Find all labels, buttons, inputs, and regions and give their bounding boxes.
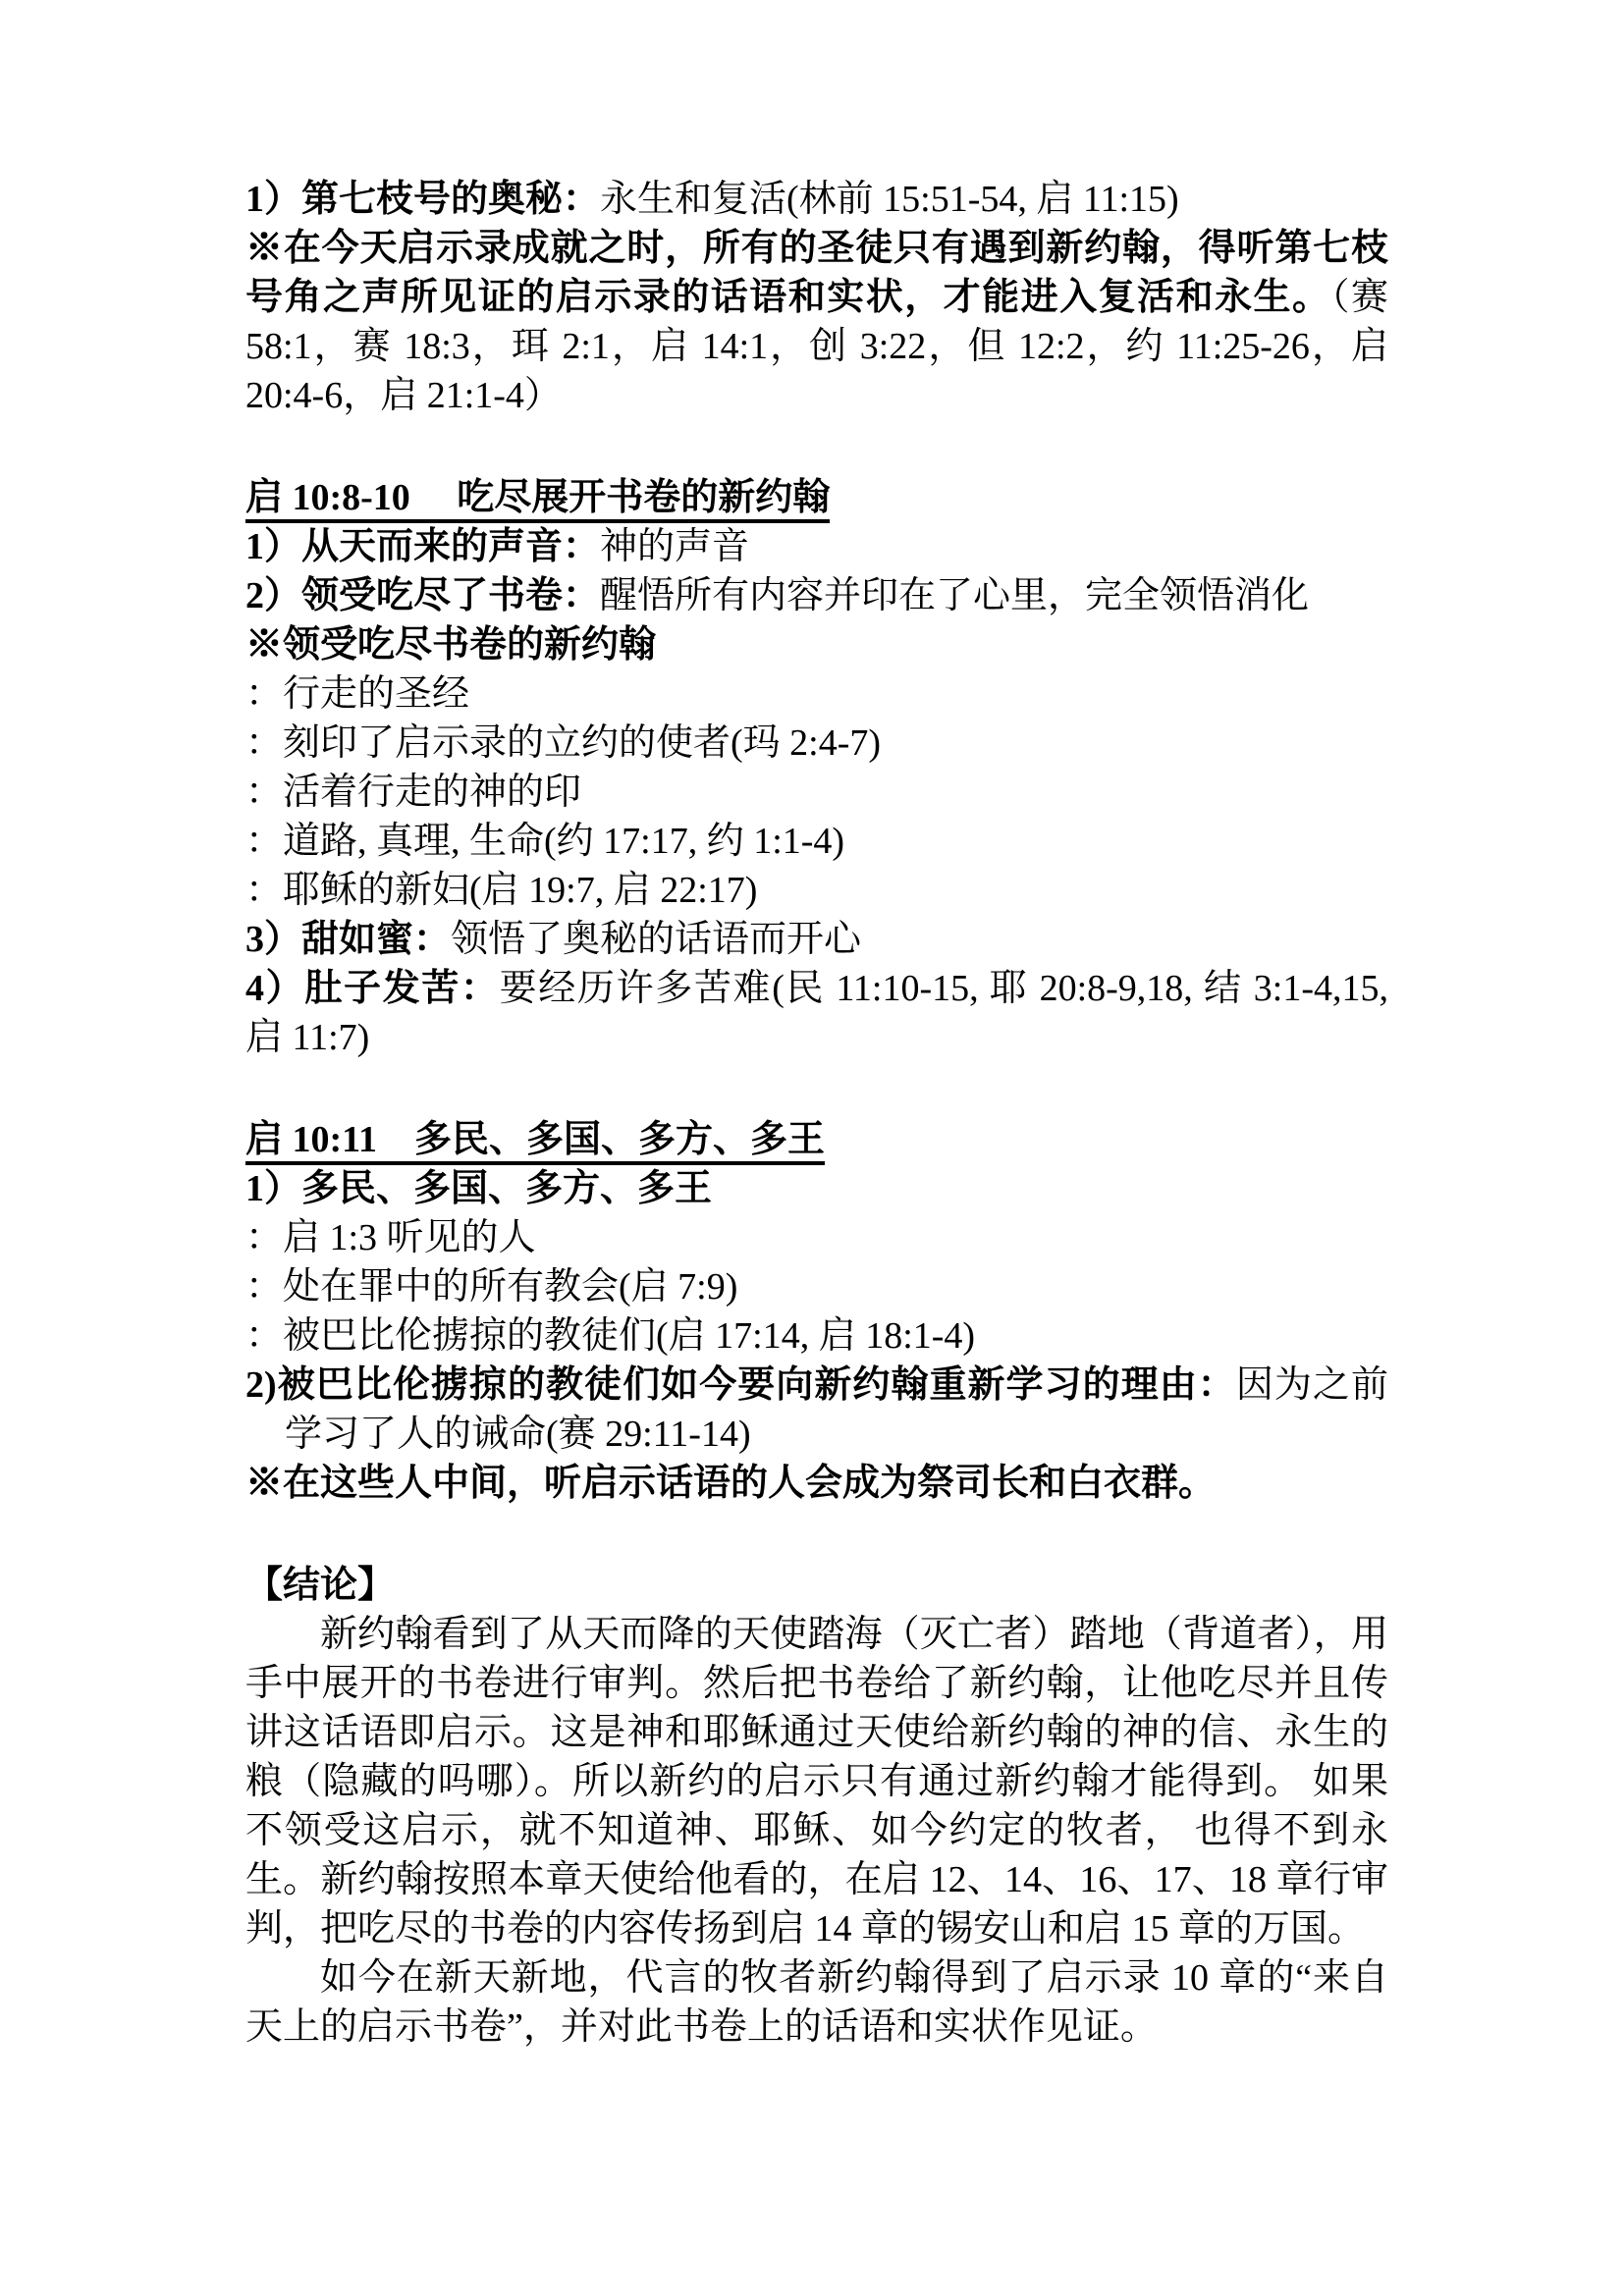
text-segment: ※在今天启示录成就之时，所有的圣徒只有遇到新约翰，得听第七枝号角之声所见证的启示… xyxy=(245,228,1388,318)
conclusion-paragraph-2: 如今在新天新地，代言的牧者新约翰得到了启示录 10 章的“来自天上的启示书卷”，… xyxy=(245,1953,1388,2052)
item-bitter-belly: 4）肚子发苦：要经历许多苦难(民 11:10-15, 耶 20:8-9,18, … xyxy=(245,964,1388,1062)
text-segment: 1）第七枝号的奥秘： xyxy=(245,179,600,220)
text-segment: 启 10:11 多民、多国、多方、多王 xyxy=(245,1119,825,1160)
text-segment: ：被巴比伦掳掠的教徒们(启 17:14, 启 18:1-4) xyxy=(245,1315,975,1357)
text-segment: 如今在新天新地，代言的牧者新约翰得到了启示录 10 章的“来自天上的启示书卷”，… xyxy=(245,1957,1388,2048)
definition-bride-of-jesus: ：耶稣的新妇(启 19:7, 启 22:17) xyxy=(245,866,1388,915)
definition-churches-in-sin: ：处在罪中的所有教会(启 7:9) xyxy=(245,1262,1388,1311)
heading-underlined-text: 启 10:11 多民、多国、多方、多王 xyxy=(245,1119,825,1165)
text-segment: ：刻印了启示录的立约的使者(玛 2:4-7) xyxy=(245,722,881,764)
text-segment: ：启 1:3 听见的人 xyxy=(245,1217,536,1258)
note-seventh-trumpet: ※在今天启示录成就之时，所有的圣徒只有遇到新约翰，得听第七枝号角之声所见证的启示… xyxy=(245,224,1388,420)
text-segment: ※在这些人中间，听启示话语的人会成为祭司长和白衣群。 xyxy=(245,1463,1216,1504)
text-segment: 2)被巴比伦掳掠的教徒们如今要向新约翰重新学习的理由： xyxy=(245,1364,1236,1406)
item-seventh-trumpet: 1）第七枝号的奥秘：永生和复活(林前 15:51-54, 启 11:15) xyxy=(245,175,1388,224)
section-heading-rev-10-8-10: 启 10:8-10 吃尽展开书卷的新约翰 xyxy=(245,473,1388,522)
text-segment: ：活着行走的神的印 xyxy=(245,772,581,813)
conclusion-paragraph-1: 新约翰看到了从天而降的天使踏海（灭亡者）踏地（背道者），用手中展开的书卷进行审判… xyxy=(245,1610,1388,1953)
text-segment: 醒悟所有内容并印在了心里，完全领悟消化 xyxy=(600,575,1309,616)
text-segment: 3）甜如蜜： xyxy=(245,919,451,960)
text-segment: ：道路, 真理, 生命(约 17:17, 约 1:1-4) xyxy=(245,821,844,862)
item-many-peoples: 1）多民、多国、多方、多王 xyxy=(245,1164,1388,1213)
document-page: 1）第七枝号的奥秘：永生和复活(林前 15:51-54, 启 11:15)※在今… xyxy=(0,0,1624,2296)
item-sweet-as-honey: 3）甜如蜜：领悟了奥秘的话语而开心 xyxy=(245,915,1388,964)
item-received-ate-scroll: 2）领受吃尽了书卷：醒悟所有内容并印在了心里，完全领悟消化 xyxy=(245,571,1388,620)
text-segment: 领悟了奥秘的话语而开心 xyxy=(451,919,861,960)
text-segment: 【结论】 xyxy=(245,1565,395,1606)
conclusion-heading: 【结论】 xyxy=(245,1561,1388,1610)
text-segment: 永生和复活(林前 15:51-54, 启 11:15) xyxy=(600,179,1179,220)
definition-hearers-rev-1-3: ：启 1:3 听见的人 xyxy=(245,1213,1388,1262)
document-content: 1）第七枝号的奥秘：永生和复活(林前 15:51-54, 启 11:15)※在今… xyxy=(245,175,1388,2052)
heading-underlined-text: 启 10:8-10 吃尽展开书卷的新约翰 xyxy=(245,477,830,523)
text-segment: 1）从天而来的声音： xyxy=(245,526,600,567)
text-segment: 启 10:8-10 吃尽展开书卷的新约翰 xyxy=(245,477,830,518)
text-segment: ：耶稣的新妇(启 19:7, 启 22:17) xyxy=(245,870,757,911)
definition-covenant-messenger: ：刻印了启示录的立约的使者(玛 2:4-7) xyxy=(245,719,1388,768)
text-segment: 新约翰看到了从天而降的天使踏海（灭亡者）踏地（背道者），用手中展开的书卷进行审判… xyxy=(245,1614,1388,1949)
definition-way-truth-life: ：道路, 真理, 生命(约 17:17, 约 1:1-4) xyxy=(245,817,1388,866)
text-segment: ：行走的圣经 xyxy=(245,673,469,715)
item-reason-to-relearn: 2)被巴比伦掳掠的教徒们如今要向新约翰重新学习的理由：因为之前学习了人的诫命(赛… xyxy=(245,1361,1388,1459)
text-segment: ※领受吃尽书卷的新约翰 xyxy=(245,624,656,666)
text-segment: 1）多民、多国、多方、多王 xyxy=(245,1168,712,1209)
text-segment: ：处在罪中的所有教会(启 7:9) xyxy=(245,1266,737,1308)
definition-living-seal: ：活着行走的神的印 xyxy=(245,768,1388,817)
definition-walking-bible: ：行走的圣经 xyxy=(245,669,1388,719)
note-priests-and-white-robed: ※在这些人中间，听启示话语的人会成为祭司长和白衣群。 xyxy=(245,1459,1388,1508)
note-new-john-ate-scroll: ※领受吃尽书卷的新约翰 xyxy=(245,620,1388,669)
definition-captive-believers: ：被巴比伦掳掠的教徒们(启 17:14, 启 18:1-4) xyxy=(245,1311,1388,1361)
text-segment: 2）领受吃尽了书卷： xyxy=(245,575,600,616)
section-heading-rev-10-11: 启 10:11 多民、多国、多方、多王 xyxy=(245,1115,1388,1164)
item-voice-from-heaven: 1）从天而来的声音：神的声音 xyxy=(245,522,1388,571)
text-segment: 神的声音 xyxy=(600,526,749,567)
text-segment: 4）肚子发苦： xyxy=(245,968,500,1009)
